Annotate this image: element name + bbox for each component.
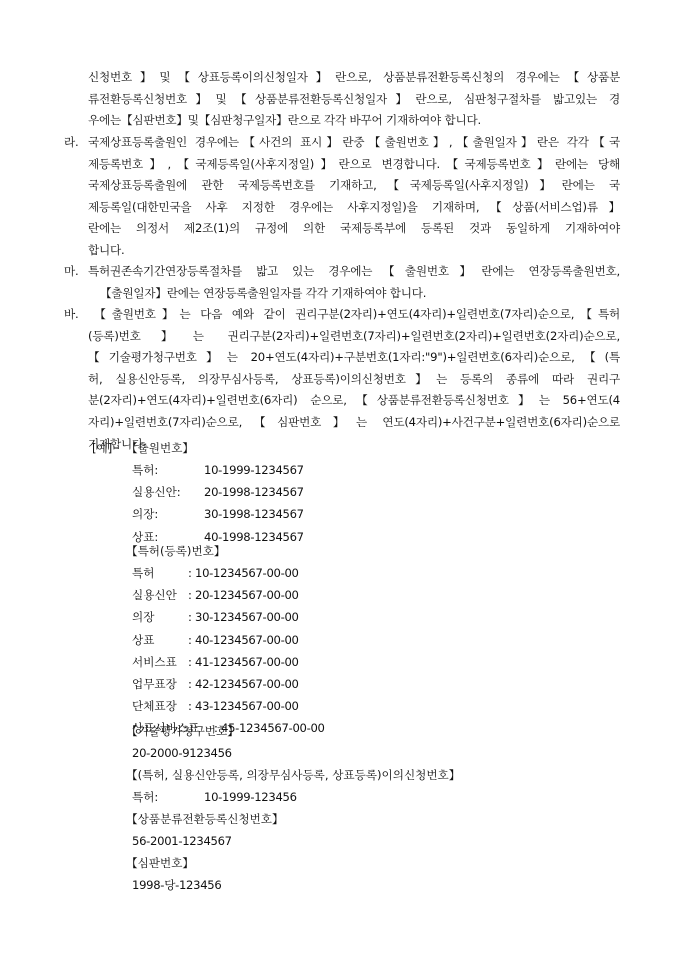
text-line: (등록)번호】는 권리구분(2자리)+일련번호(7자리)+일련번호(2자리)+일… (64, 326, 620, 348)
example-row: 의장:30-1998-1234567 (132, 503, 304, 525)
text-line: 신청번호】및【상표등록이의신청일자】란으로, 상품분류전환등록신청의 경우에는【… (64, 67, 620, 89)
text-line: 【기술평가청구번호】는 20+연도(4자리)+구분번호(1자리:"9")+일련번… (64, 347, 620, 369)
paragraph-ma: 마.특허권존속기간연장등록절차를 밟고 있는 경우에는【출원번호】란에는 연장등… (64, 261, 620, 304)
paragraph-ra: 라.국제상표등록출원인 경우에는【사건의 표시】란중【출원번호】,【출원일자】란… (64, 132, 620, 262)
example-value: 1998-당-123456 (126, 874, 221, 896)
item-label: 마. (64, 261, 88, 283)
item-label: 바. (64, 304, 88, 326)
item-label: 라. (64, 132, 88, 154)
text-line: 란에는 의정서 제2조(1)의 규정에 의한 국제등록부에 등록된 것과 동일하… (64, 218, 620, 240)
example-value: 56-2001-1234567 (126, 830, 284, 852)
example-row: 실용신안: 20-1234567-00-00 (132, 584, 325, 606)
paragraph-continuation: 신청번호】및【상표등록이의신청일자】란으로, 상품분류전환등록신청의 경우에는【… (64, 67, 620, 132)
example-heading: 【(특허, 실용신안등록, 의장무심사등록, 상표등록)이의신청번호】 (126, 764, 460, 786)
example-row: 특허: 10-1234567-00-00 (132, 562, 325, 584)
example-row: 특허:10-1999-1234567 (132, 459, 304, 481)
text-line: 합니다. (64, 240, 620, 262)
text-line: 허, 실용신안등록, 의장무심사등록, 상표등록)이의신청번호】는 등록의 종류… (64, 369, 620, 391)
text-line: 우에는【심판번호】및【심판청구일자】란으로 각각 바꾸어 기재하여야 합니다. (64, 110, 620, 132)
example-heading: 【심판번호】 (126, 852, 221, 874)
example-row: 의장: 30-1234567-00-00 (132, 606, 325, 628)
text-line: 라.국제상표등록출원인 경우에는【사건의 표시】란중【출원번호】,【출원일자】란… (64, 132, 620, 154)
example-registration-rows: 특허: 10-1234567-00-00 실용신안: 20-1234567-00… (132, 562, 325, 740)
example-heading: 【출원번호】 (126, 437, 194, 459)
paragraph-ba: 바.【출원번호】는 다음 예와 같이 권리구분(2자리)+연도(4자리)+일련번… (64, 304, 620, 455)
example-row: 단체표장: 43-1234567-00-00 (132, 695, 325, 717)
example-heading: 【상품분류전환등록신청번호】 (126, 808, 284, 830)
example-application-rows: 특허:10-1999-1234567 실용신안:20-1998-1234567 … (132, 459, 304, 548)
example-row: 상표: 40-1234567-00-00 (132, 629, 325, 651)
example-class-conversion: 【상품분류전환등록신청번호】 56-2001-1234567 (126, 808, 284, 852)
example-row: 업무표장: 42-1234567-00-00 (132, 673, 325, 695)
example-heading: 【특허(등록)번호】 (126, 540, 225, 562)
example-row: 특허:10-1999-123456 (126, 786, 460, 808)
example-opposition: 【(특허, 실용신안등록, 의장무심사등록, 상표등록)이의신청번호】 특허:1… (126, 764, 460, 808)
text-line: 자리)+일련번호(7자리)순으로,【심판번호】는 연도(4자리)+사건구분+일련… (64, 412, 620, 434)
example-tech-eval: 【기술평가청구번호】 20-2000-9123456 (126, 720, 239, 764)
example-row: 실용신안:20-1998-1234567 (132, 481, 304, 503)
example-application-number: 【출원번호】 (126, 437, 194, 459)
text-line: 국제상표등록출원에 관한 국제등록번호를 기재하고,【국제등록일(사후지정일)】… (64, 175, 620, 197)
text-line: 【출원일자】란에는 연장등록출원일자를 각각 기재하여야 합니다. (64, 283, 620, 305)
text-line: 바.【출원번호】는 다음 예와 같이 권리구분(2자리)+연도(4자리)+일련번… (64, 304, 620, 326)
example-row: 서비스표: 41-1234567-00-00 (132, 651, 325, 673)
example-heading: 【기술평가청구번호】 (126, 720, 239, 742)
example-trial: 【심판번호】 1998-당-123456 (126, 852, 221, 896)
text-line: 마.특허권존속기간연장등록절차를 밟고 있는 경우에는【출원번호】란에는 연장등… (64, 261, 620, 283)
text-line: 분(2자리)+연도(4자리)+일련번호(6자리) 순으로,【상품분류전환등록신청… (64, 390, 620, 412)
text-line: 제등록일(대한민국을 사후 지정한 경우에는 사후지정일)을 기재하며,【상품(… (64, 197, 620, 219)
example-registration-number: 【특허(등록)번호】 (126, 540, 225, 562)
text-line: 제등록번호】,【국제등록일(사후지정일)】란으로 변경합니다.【국제등록번호】란… (64, 154, 620, 176)
text-line: 류전환등록신청번호】및【상품분류전환등록신청일자】란으로, 심판청구절차를 밟고… (64, 89, 620, 111)
example-prefix: [예] (92, 437, 112, 459)
example-value: 20-2000-9123456 (126, 742, 239, 764)
